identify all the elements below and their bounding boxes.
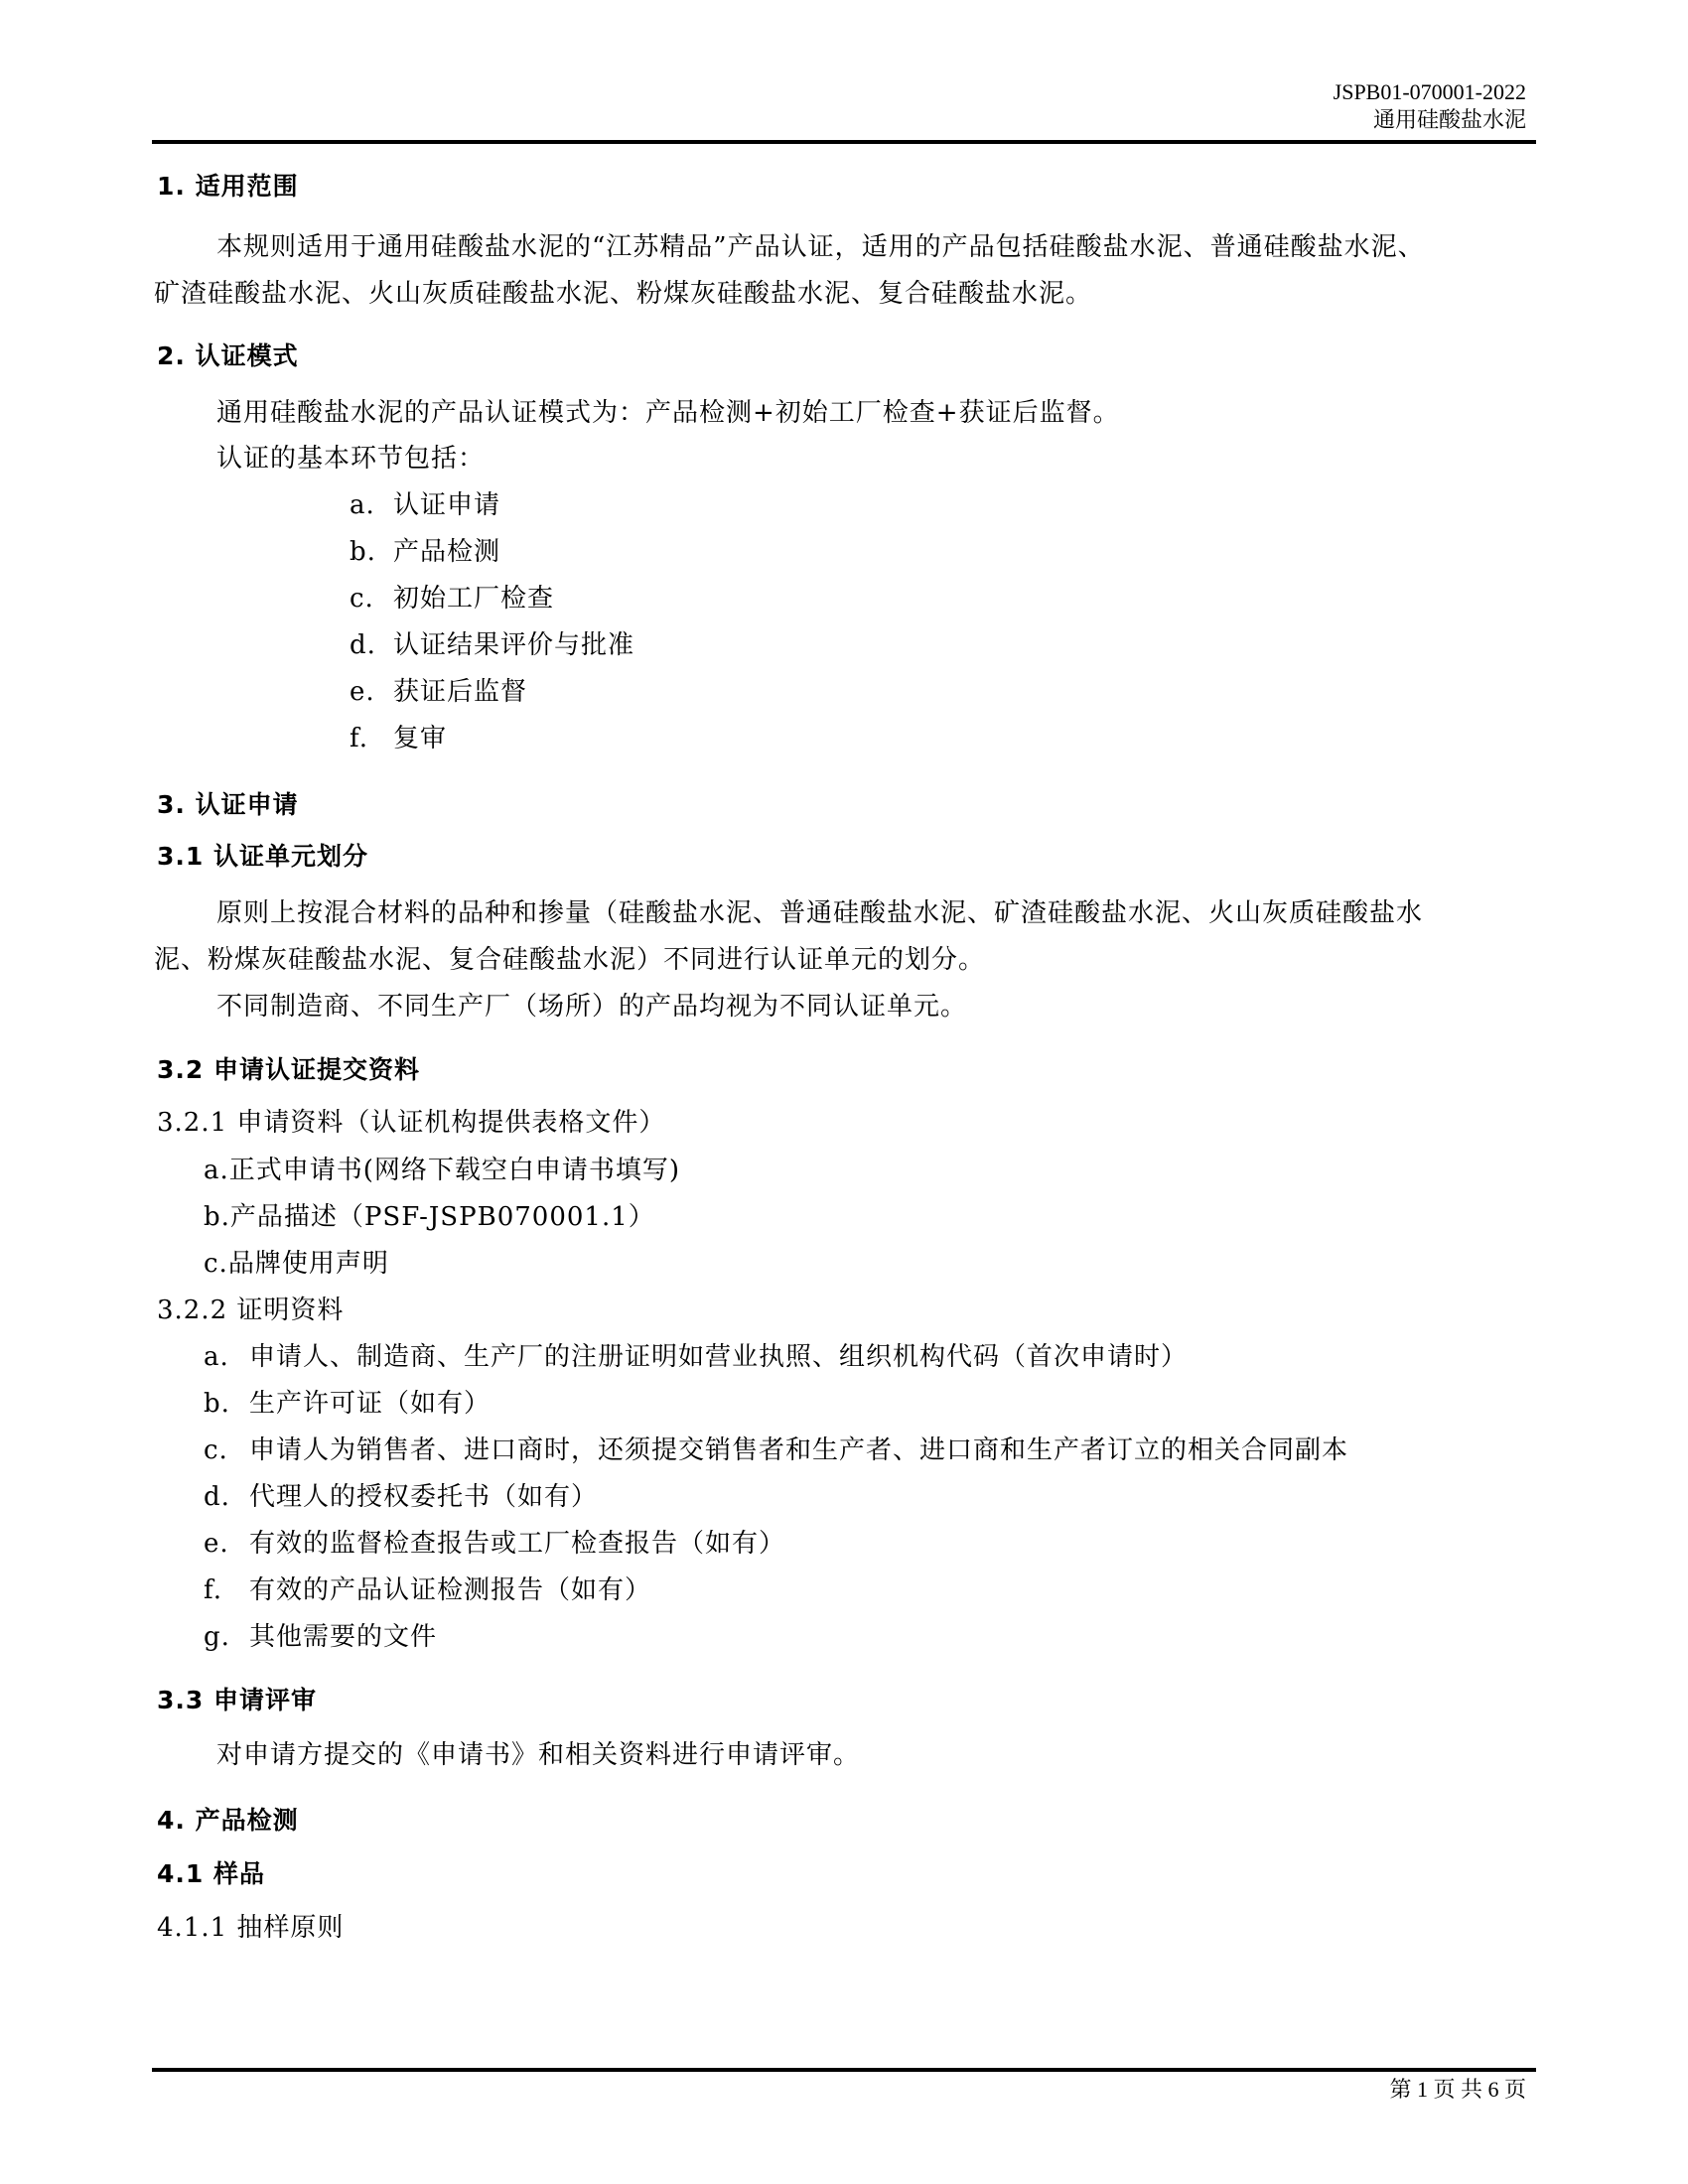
list-item-label: f. xyxy=(350,723,393,754)
list-item-label: e. xyxy=(350,676,393,708)
list-item-text: 品牌使用声明 xyxy=(228,1249,389,1279)
list-item-label: c. xyxy=(350,583,393,614)
section-3-1-paragraph-2: 不同制造商、不同生产厂（场所）的产品均视为不同认证单元。 xyxy=(216,991,967,1023)
section-3-2-heading: 3.2 申请认证提交资料 xyxy=(157,1054,420,1086)
section-2-paragraph-2: 认证的基本环节包括： xyxy=(216,443,485,475)
list-item: b.产品检测 xyxy=(350,536,500,568)
section-3-heading: 3. 认证申请 xyxy=(157,789,299,821)
list-item: e.获证后监督 xyxy=(350,676,527,708)
list-item-label: e. xyxy=(204,1528,249,1560)
list-item: d.认证结果评价与批准 xyxy=(350,629,634,661)
list-item: e.有效的监督检查报告或工厂检查报告（如有） xyxy=(204,1528,785,1560)
section-4-1-1-heading: 4.1.1 抽样原则 xyxy=(157,1912,344,1944)
section-1-heading: 1. 适用范围 xyxy=(157,171,299,203)
list-item: b.生产许可证（如有） xyxy=(204,1388,491,1420)
section-4-1-heading: 4.1 样品 xyxy=(157,1858,265,1890)
list-item-label: b. xyxy=(204,1388,249,1420)
list-item: c.品牌使用声明 xyxy=(204,1248,389,1280)
list-item-label: a. xyxy=(204,1156,229,1185)
list-item-text: 认证申请 xyxy=(393,490,500,520)
list-item: a.认证申请 xyxy=(350,489,500,521)
list-item-text: 有效的产品认证检测报告（如有） xyxy=(249,1575,651,1605)
section-2-heading: 2. 认证模式 xyxy=(157,341,299,372)
list-item-text: 产品检测 xyxy=(393,537,500,567)
list-item-label: d. xyxy=(350,629,393,661)
list-item-text: 获证后监督 xyxy=(393,677,527,707)
list-item: c.初始工厂检查 xyxy=(350,583,554,614)
list-item-text: 代理人的授权委托书（如有） xyxy=(249,1482,598,1512)
list-item-text: 正式申请书(网络下载空白申请书填写) xyxy=(229,1156,680,1185)
list-item-label: b. xyxy=(204,1202,230,1232)
section-4-heading: 4. 产品检测 xyxy=(157,1805,299,1837)
list-item-label: a. xyxy=(350,489,393,521)
list-item-label: d. xyxy=(204,1481,249,1513)
section-3-2-2-heading: 3.2.2 证明资料 xyxy=(157,1295,344,1326)
list-item: b.产品描述（PSF-JSPB070001.1） xyxy=(204,1201,655,1233)
header-doc-code: JSPB01-070001-2022 xyxy=(1334,79,1526,105)
list-item: d.代理人的授权委托书（如有） xyxy=(204,1481,598,1513)
section-1-paragraph-line-2: 矿渣硅酸盐水泥、火山灰质硅酸盐水泥、粉煤灰硅酸盐水泥、复合硅酸盐水泥。 xyxy=(154,278,1092,310)
list-item-label: g. xyxy=(204,1621,249,1653)
list-item-label: b. xyxy=(350,536,393,568)
list-item-label: c. xyxy=(204,1249,228,1279)
section-3-1-heading: 3.1 认证单元划分 xyxy=(157,841,368,873)
list-item: g.其他需要的文件 xyxy=(204,1621,437,1653)
document-page: JSPB01-070001-2022 通用硅酸盐水泥 1. 适用范围 本规则适用… xyxy=(0,0,1688,2184)
list-item-text: 申请人、制造商、生产厂的注册证明如营业执照、组织机构代码（首次申请时） xyxy=(249,1342,1188,1372)
list-item: a.申请人、制造商、生产厂的注册证明如营业执照、组织机构代码（首次申请时） xyxy=(204,1341,1188,1373)
list-item-text: 认证结果评价与批准 xyxy=(393,630,634,660)
section-3-3-heading: 3.3 申请评审 xyxy=(157,1685,317,1716)
list-item-text: 有效的监督检查报告或工厂检查报告（如有） xyxy=(249,1529,785,1559)
list-item: f.有效的产品认证检测报告（如有） xyxy=(204,1574,651,1606)
section-3-1-paragraph-line-1: 原则上按混合材料的品种和掺量（硅酸盐水泥、普通硅酸盐水泥、矿渣硅酸盐水泥、火山灰… xyxy=(216,897,1423,929)
list-item: f.复审 xyxy=(350,723,447,754)
page-number: 第 1 页 共 6 页 xyxy=(1389,2077,1526,2103)
section-3-3-paragraph: 对申请方提交的《申请书》和相关资料进行申请评审。 xyxy=(216,1739,860,1771)
list-item-text: 生产许可证（如有） xyxy=(249,1389,491,1419)
list-item-text: 申请人为销售者、进口商时，还须提交销售者和生产者、进口商和生产者订立的相关合同副… xyxy=(249,1435,1348,1465)
list-item-label: f. xyxy=(204,1574,249,1606)
section-3-1-paragraph-line-2: 泥、粉煤灰硅酸盐水泥、复合硅酸盐水泥）不同进行认证单元的划分。 xyxy=(154,944,985,976)
list-item-label: a. xyxy=(204,1341,249,1373)
footer-rule xyxy=(152,2068,1536,2072)
section-3-2-1-heading: 3.2.1 申请资料（认证机构提供表格文件） xyxy=(157,1107,665,1139)
list-item-label: c. xyxy=(204,1434,249,1466)
list-item: a.正式申请书(网络下载空白申请书填写) xyxy=(204,1155,680,1186)
section-2-paragraph-1: 通用硅酸盐水泥的产品认证模式为：产品检测+初始工厂检查+获证后监督。 xyxy=(216,397,1120,429)
list-item-text: 其他需要的文件 xyxy=(249,1622,437,1652)
list-item-text: 产品描述（PSF-JSPB070001.1） xyxy=(230,1202,655,1232)
list-item-text: 初始工厂检查 xyxy=(393,584,554,614)
list-item-text: 复审 xyxy=(393,724,447,753)
header-rule xyxy=(152,140,1536,144)
header-doc-title: 通用硅酸盐水泥 xyxy=(1373,107,1526,133)
list-item: c.申请人为销售者、进口商时，还须提交销售者和生产者、进口商和生产者订立的相关合… xyxy=(204,1434,1348,1466)
section-1-paragraph-line-1: 本规则适用于通用硅酸盐水泥的“江苏精品”产品认证，适用的产品包括硅酸盐水泥、普通… xyxy=(216,231,1425,263)
